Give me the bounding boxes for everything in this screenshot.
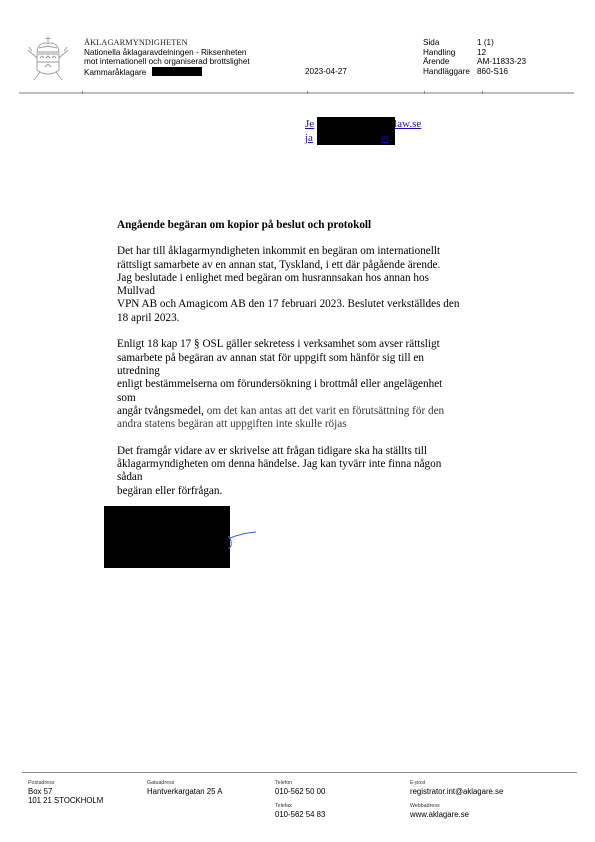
footer-fax: 010-562 54 83: [275, 810, 325, 819]
meta-value: 860-S16: [477, 67, 508, 77]
footer-value: Hantverkargatan 25 A: [147, 787, 222, 796]
paragraph-1: Det har till åklagarmyndigheten inkommit…: [117, 245, 462, 325]
recipient-email-link-1[interactable]: Jelaw.se: [305, 118, 421, 132]
role-line: Kammaråklagare: [84, 67, 250, 78]
meta-value: 1 (1): [477, 38, 494, 48]
footer-label: Gatuadress: [147, 779, 222, 787]
meta-row-case: ÄrendeAM-11833-23: [423, 57, 526, 67]
letter-subject: Angående begäran om kopior på beslut och…: [117, 219, 462, 232]
footer-street: Gatuadress Hantverkargatan 25 A: [147, 779, 222, 796]
meta-value: AM-11833-23: [477, 57, 526, 67]
meta-row-document: Handling12: [423, 48, 526, 58]
footer-postal: Postadress Box 57 101 21 STOCKHOLM: [28, 779, 103, 806]
paragraph-2: Enligt 18 kap 17 § OSL gäller sekretess …: [117, 338, 462, 431]
footer-label: Telefon: [275, 779, 325, 787]
document-meta: Sida1 (1) Handling12 ÄrendeAM-11833-23 H…: [423, 38, 526, 76]
document-date: 2023-04-27: [305, 67, 347, 76]
footer-email-link[interactable]: registrator.int@aklagare.se: [410, 787, 503, 796]
letter-body: Angående begäran om kopior på beslut och…: [117, 219, 462, 511]
meta-label: Handläggare: [423, 67, 477, 77]
header-divider: [19, 92, 574, 94]
footer-value: 101 21 STOCKHOLM: [28, 796, 103, 805]
footer-label: Postadress: [28, 779, 103, 787]
department-line-2: mot internationell och organiserad brott…: [84, 57, 250, 67]
redacted-name: [152, 67, 202, 76]
meta-row-handler: Handläggare860-S16: [423, 67, 526, 77]
department-line-1: Nationella åklagaravdelningen - Riksenhe…: [84, 48, 250, 58]
recipient-email-link-2[interactable]: jaet: [305, 132, 421, 146]
footer-web-link[interactable]: www.aklagare.se: [410, 810, 503, 819]
footer-email-web: E-post registrator.int@aklagare.se Webba…: [410, 779, 503, 820]
footer-divider: [22, 772, 577, 773]
meta-label: Sida: [423, 38, 477, 48]
organization-name: ÅKLAGARMYNDIGHETEN: [84, 38, 250, 48]
footer-label: Telefax: [275, 802, 325, 810]
meta-row-page: Sida1 (1): [423, 38, 526, 48]
redacted-signature: [104, 506, 230, 568]
sender-block: ÅKLAGARMYNDIGHETEN Nationella åklagaravd…: [84, 38, 250, 77]
signature-stroke-icon: [228, 530, 258, 554]
swedish-coat-of-arms-icon: [26, 34, 70, 86]
footer-phone-fax: Telefon 010-562 50 00 Telefax 010-562 54…: [275, 779, 325, 820]
meta-label: Ärende: [423, 57, 477, 67]
footer-label: Webbadress: [410, 802, 503, 810]
meta-value: 12: [477, 48, 486, 58]
footer-phone: 010-562 50 00: [275, 787, 325, 796]
footer-value: Box 57: [28, 787, 103, 796]
role-title: Kammaråklagare: [84, 68, 146, 77]
recipient-block: Jelaw.se jaet: [305, 118, 421, 145]
footer-label: E-post: [410, 779, 503, 787]
paragraph-3: Det framgår vidare av er skrivelse att f…: [117, 445, 462, 498]
meta-label: Handling: [423, 48, 477, 58]
